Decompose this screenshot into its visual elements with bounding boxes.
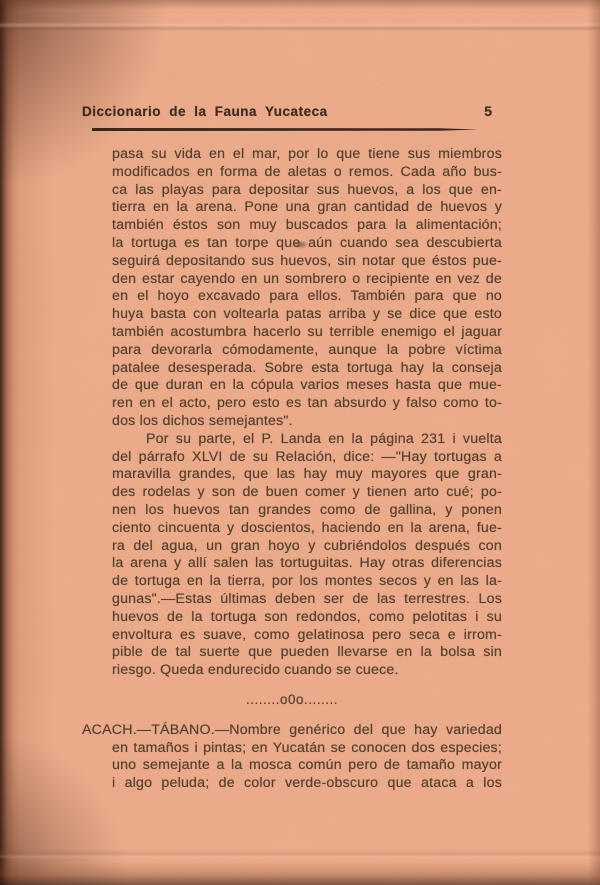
paper-grain-texture	[0, 0, 600, 885]
scanned-book-page: Diccionario de la Fauna Yucateca 5 pasa …	[0, 0, 600, 885]
